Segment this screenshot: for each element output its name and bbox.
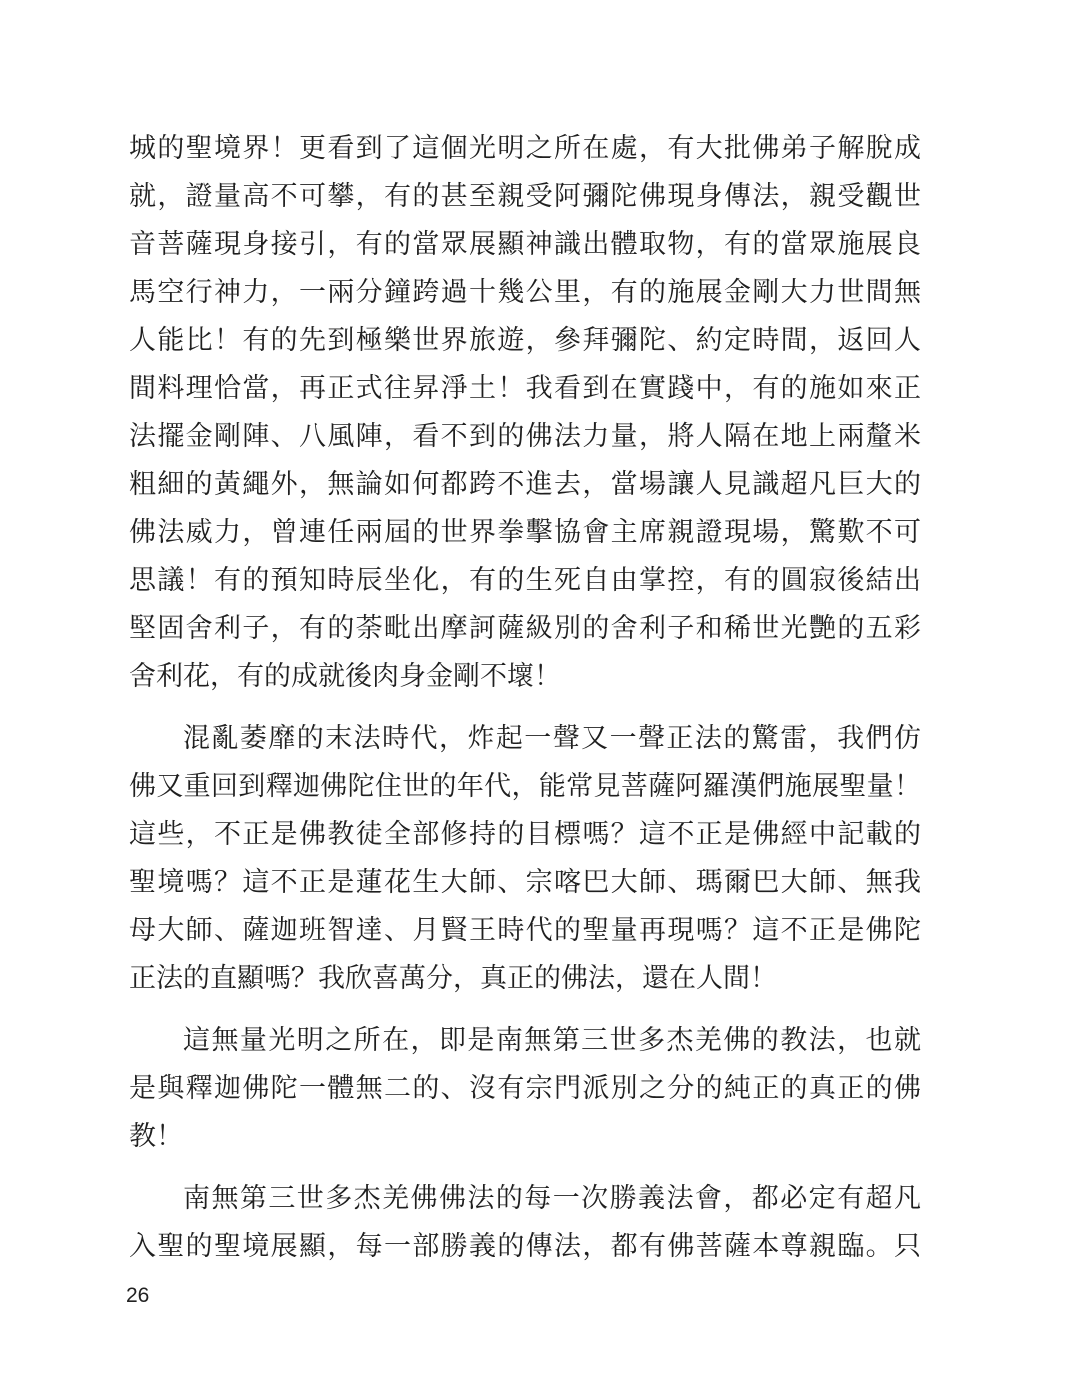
p1-line-07: 法擺金剛陣、八風陣，看不到的佛法力量，將人隔在地上兩釐米: [129, 412, 921, 460]
page-text-block: 城的聖境界！更看到了這個光明之所在處，有大批佛弟子解脫成 就，證量高不可攀，有的…: [129, 124, 921, 1270]
p2-line-02: 佛又重回到釋迦佛陀住世的年代，能常見菩薩阿羅漢們施展聖量！: [129, 762, 921, 810]
p4-line-01: 南無第三世多杰羌佛佛法的每一次勝義法會，都必定有超凡: [129, 1174, 921, 1222]
p3-line-02: 是與釋迦佛陀一體無二的、沒有宗門派別之分的純正的真正的佛: [129, 1064, 921, 1112]
p1-line-03: 音菩薩現身接引，有的當眾展顯神識出體取物，有的當眾施展良: [129, 220, 921, 268]
p2-line-06: 正法的直顯嗎？我欣喜萬分，真正的佛法，還在人間！: [129, 954, 921, 1002]
p2-line-04: 聖境嗎？這不正是蓮花生大師、宗喀巴大師、瑪爾巴大師、無我: [129, 858, 921, 906]
p1-line-04: 馬空行神力，一兩分鐘跨過十幾公里，有的施展金剛大力世間無: [129, 268, 921, 316]
p1-line-05: 人能比！有的先到極樂世界旅遊，參拜彌陀、約定時間，返回人: [129, 316, 921, 364]
p1-line-09: 佛法威力，曾連任兩屆的世界拳擊協會主席親證現場，驚歎不可: [129, 508, 921, 556]
p4-line-02: 入聖的聖境展顯，每一部勝義的傳法，都有佛菩薩本尊親臨。只: [129, 1222, 921, 1270]
p1-line-01: 城的聖境界！更看到了這個光明之所在處，有大批佛弟子解脫成: [129, 124, 921, 172]
p1-line-08: 粗細的黃繩外，無論如何都跨不進去，當場讓人見識超凡巨大的: [129, 460, 921, 508]
p1-line-12: 舍利花，有的成就後肉身金剛不壞！: [129, 652, 921, 700]
p2-line-03: 這些，不正是佛教徒全部修持的目標嗎？這不正是佛經中記載的: [129, 810, 921, 858]
p1-line-11: 堅固舍利子，有的荼毗出摩訶薩級別的舍利子和稀世光艷的五彩: [129, 604, 921, 652]
p2-line-01: 混亂萎靡的末法時代，炸起一聲又一聲正法的驚雷，我們仿: [129, 714, 921, 762]
p1-line-06: 間料理恰當，再正式往昇淨土！我看到在實踐中，有的施如來正: [129, 364, 921, 412]
paragraph-1: 城的聖境界！更看到了這個光明之所在處，有大批佛弟子解脫成 就，證量高不可攀，有的…: [129, 124, 921, 700]
p1-line-02: 就，證量高不可攀，有的甚至親受阿彌陀佛現身傳法，親受觀世: [129, 172, 921, 220]
p2-line-05: 母大師、薩迦班智達、月賢王時代的聖量再現嗎？這不正是佛陀: [129, 906, 921, 954]
page-number: 26: [126, 1284, 149, 1308]
p3-line-03: 教！: [129, 1112, 921, 1160]
p1-line-10: 思議！有的預知時辰坐化，有的生死自由掌控，有的圓寂後結出: [129, 556, 921, 604]
paragraph-2: 混亂萎靡的末法時代，炸起一聲又一聲正法的驚雷，我們仿 佛又重回到釋迦佛陀住世的年…: [129, 714, 921, 1002]
paragraph-4: 南無第三世多杰羌佛佛法的每一次勝義法會，都必定有超凡 入聖的聖境展顯，每一部勝義…: [129, 1174, 921, 1270]
p3-line-01: 這無量光明之所在，即是南無第三世多杰羌佛的教法，也就: [129, 1016, 921, 1064]
paragraph-3: 這無量光明之所在，即是南無第三世多杰羌佛的教法，也就 是與釋迦佛陀一體無二的、沒…: [129, 1016, 921, 1160]
document-page: 城的聖境界！更看到了這個光明之所在處，有大批佛弟子解脫成 就，證量高不可攀，有的…: [0, 0, 1080, 1397]
